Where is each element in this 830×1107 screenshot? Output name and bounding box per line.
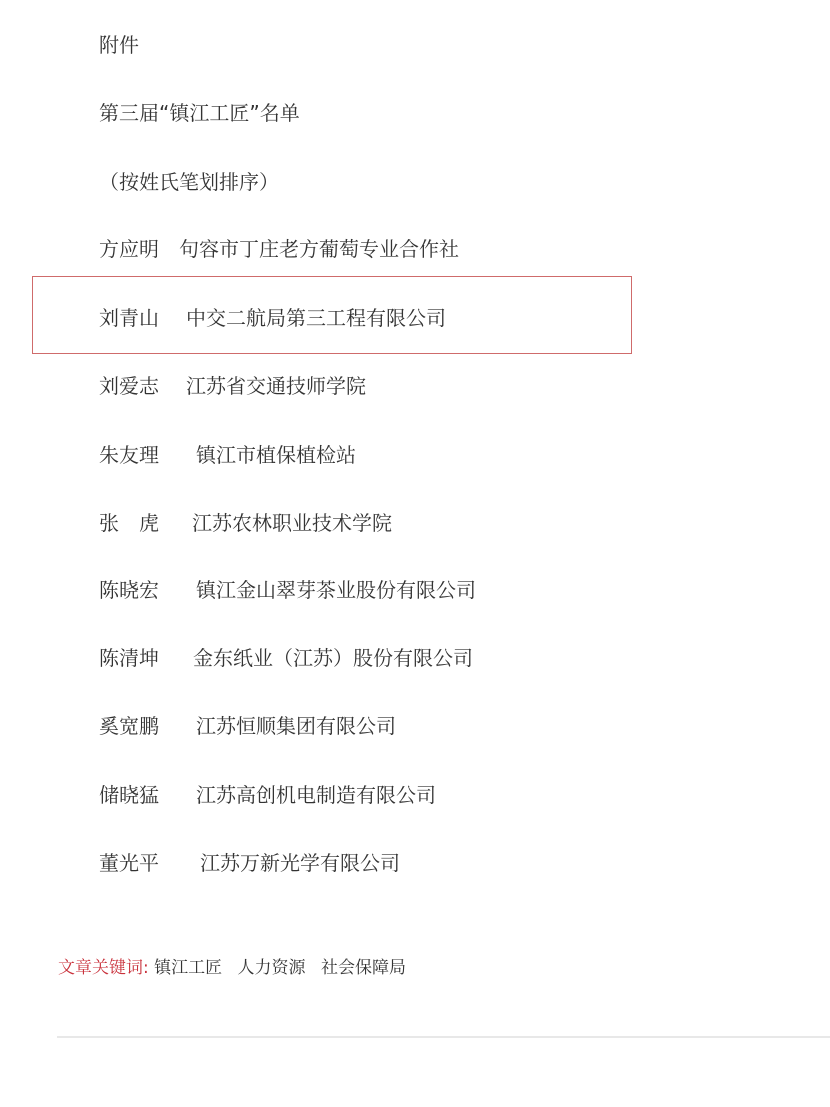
list-item: 张 虎 江苏农林职业技术学院 [99, 510, 159, 536]
entry-name: 董光平 [99, 850, 159, 876]
entry-name: 方应明 [99, 236, 159, 262]
list-item: 陈清坤 金东纸业（江苏）股份有限公司 [99, 645, 159, 671]
entry-name: 陈晓宏 [99, 577, 159, 603]
entry-org: 江苏农林职业技术学院 [192, 510, 392, 536]
list-item: 奚宽鹏 江苏恒顺集团有限公司 [99, 713, 159, 739]
list-item: 刘爱志 江苏省交通技师学院 [99, 373, 159, 399]
entry-org: 句容市丁庄老方葡萄专业合作社 [179, 236, 459, 262]
entry-name: 刘爱志 [99, 373, 159, 399]
entry-org: 江苏万新光学有限公司 [200, 850, 400, 876]
entry-name: 陈清坤 [99, 645, 159, 671]
entry-org: 金东纸业（江苏）股份有限公司 [193, 645, 473, 671]
entry-org: 镇江市植保植检站 [196, 442, 356, 468]
keyword-link[interactable]: 镇江工匠 [154, 958, 222, 978]
list-item: 方应明 句容市丁庄老方葡萄专业合作社 [99, 236, 159, 262]
entry-name: 刘青山 [99, 305, 159, 331]
article-keywords: 文章关键词: 镇江工匠 人力资源 社会保障局 [58, 956, 416, 980]
list-item-highlighted: 刘青山 中交二航局第三工程有限公司 [99, 305, 159, 331]
list-item: 陈晓宏 镇江金山翠芽茶业股份有限公司 [99, 577, 159, 603]
list-item: 储晓猛 江苏高创机电制造有限公司 [99, 782, 159, 808]
list-title: 第三届“镇江工匠”名单 [99, 100, 300, 126]
attachment-label: 附件 [99, 32, 139, 58]
entry-name: 朱友理 [99, 442, 159, 468]
keyword-link[interactable]: 社会保障局 [321, 958, 406, 978]
list-item: 朱友理 镇江市植保植检站 [99, 442, 159, 468]
entry-org: 中交二航局第三工程有限公司 [186, 305, 446, 331]
keyword-link[interactable]: 人力资源 [238, 958, 306, 978]
entry-org: 江苏恒顺集团有限公司 [196, 713, 396, 739]
entry-org: 江苏高创机电制造有限公司 [196, 782, 436, 808]
keywords-label: 文章关键词: [58, 958, 149, 978]
entry-name: 张 虎 [99, 510, 159, 536]
sort-note: （按姓氏笔划排序） [99, 169, 279, 195]
entry-name: 储晓猛 [99, 782, 159, 808]
entry-org: 镇江金山翠芽茶业股份有限公司 [196, 577, 476, 603]
entry-org: 江苏省交通技师学院 [186, 373, 366, 399]
list-item: 董光平 江苏万新光学有限公司 [99, 850, 159, 876]
divider [57, 1036, 830, 1038]
entry-name: 奚宽鹏 [99, 713, 159, 739]
